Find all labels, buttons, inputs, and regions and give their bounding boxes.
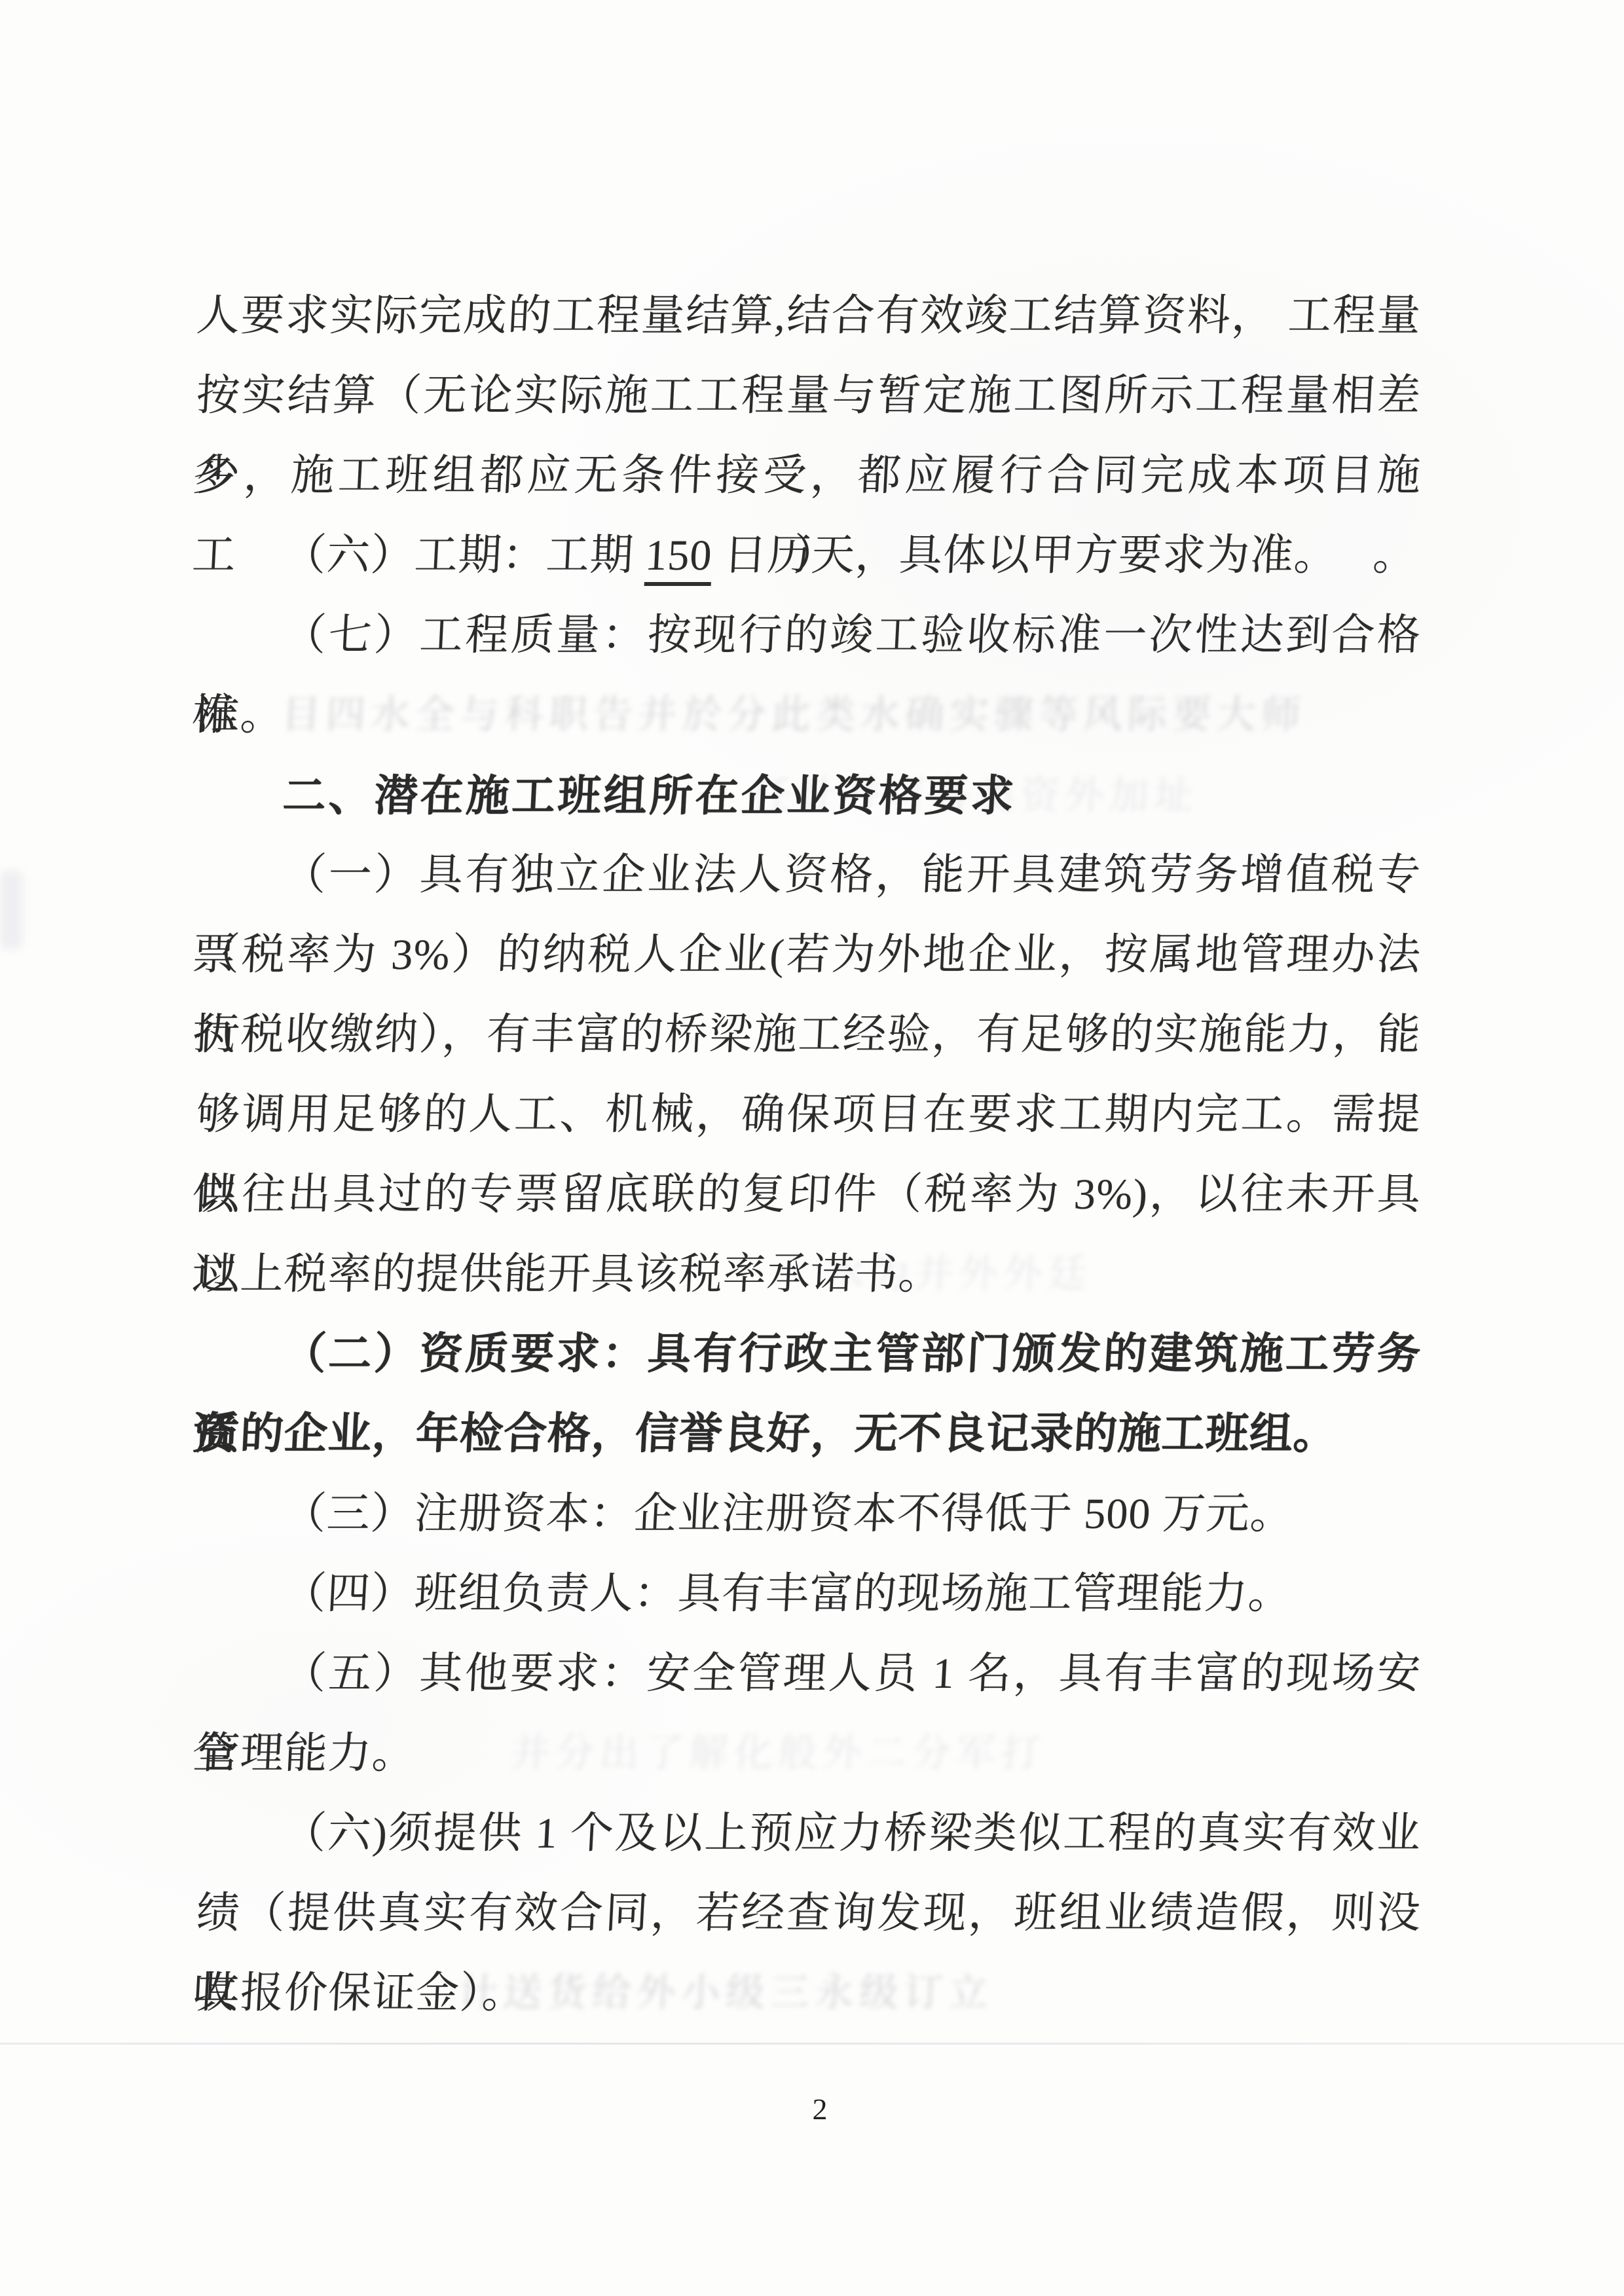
text-line: 按实结算（无论实际施工工程量与暂定施工图所示工程量相差多 — [194, 356, 1423, 436]
text-line: 其报价保证金）。 — [194, 1954, 1423, 2033]
text-line: 人要求实际完成的工程量结算,结合有效竣工结算资料， 工程量 — [194, 276, 1423, 356]
text-run: （六）工期：工期 — [282, 532, 646, 579]
text-line: 够调用足够的人工、机械，确保项目在要求工期内完工。需提供 — [194, 1075, 1423, 1155]
text-line: 以上税率的提供能开具该税率承诺书。 — [194, 1235, 1423, 1315]
text-run: （四）班组负责人：具有丰富的现场施工管理能力。 — [282, 1570, 1293, 1618]
text-run: 人要求实际完成的工程量结算,结合有效竣工结算资料， 工程量 — [195, 292, 1422, 340]
scanned-document-page: 目四水全与科职告并於分此类水确实骤等风际要大师 任计并可各类资外加址 并分出了解… — [0, 0, 1624, 2296]
text-line: （四）班组负责人：具有丰富的现场施工管理能力。 — [194, 1554, 1423, 1634]
text-line: （七）工程质量：按现行的竣工验收标准一次性达到合格标 — [194, 596, 1423, 676]
text-block: 人要求实际完成的工程量结算,结合有效竣工结算资料， 工程量按实结算（无论实际施工… — [196, 276, 1421, 2033]
text-run: （三）注册资本：企业注册资本不得低于 500 万元。 — [282, 1490, 1295, 1538]
scan-artifact-line — [0, 2043, 1624, 2045]
text-line: （税率为 3%）的纳税人企业(若为外地企业，按属地管理办法执 — [194, 915, 1423, 995]
text-line: 绩（提供真实有效合同，若经查询发现，班组业绩造假，则没收 — [194, 1874, 1423, 1954]
text-line: 质的企业，年检合格，信誉良好，无不良记录的施工班组。 — [194, 1394, 1423, 1474]
text-line: （一）具有独立企业法人资格，能开具建筑劳务增值税专票 — [194, 835, 1423, 915]
text-line: （六）工期：工期 150 日历天，具体以甲方要求为准。 — [194, 516, 1423, 596]
text-run: 质的企业，年检合格，信誉良好，无不良记录的施工班组。 — [195, 1410, 1338, 1458]
text-line: （二）资质要求：具有行政主管部门颁发的建筑施工劳务资 — [194, 1315, 1423, 1394]
text-run: 以上税率的提供能开具该税率承诺书。 — [195, 1250, 944, 1298]
text-line: （三）注册资本：企业注册资本不得低于 500 万元。 — [194, 1474, 1423, 1554]
text-run: 二、潜在施工班组所在企业资格要求 — [282, 771, 1018, 820]
text-line: 少，施工班组都应无条件接受，都应履行合同完成本项目施工）。 — [194, 436, 1423, 516]
text-run: 其报价保证金）。 — [195, 1969, 527, 2017]
text-line: 以往出具过的专票留底联的复印件（税率为 3%)，以往未开具过 — [194, 1155, 1423, 1235]
text-line: （六)须提供 1 个及以上预应力桥梁类似工程的真实有效业 — [194, 1794, 1423, 1874]
text-run: （六)须提供 1 个及以上预应力桥梁类似工程的真实有效业 — [282, 1810, 1422, 1857]
text-run: 日历天，具体以甲方要求为准。 — [711, 532, 1339, 579]
text-run: 行税收缴纳），有丰富的桥梁施工经验，有足够的实施能力，能 — [195, 1011, 1422, 1059]
text-run: 准。 — [195, 691, 286, 739]
scan-artifact-smudge — [0, 871, 22, 949]
page-number: 2 — [0, 2090, 1624, 2129]
text-line: 准。 — [194, 676, 1423, 756]
text-line: （五）其他要求：安全管理人员 1 名，具有丰富的现场安全 — [194, 1634, 1423, 1714]
text-line: 管理能力。 — [194, 1714, 1423, 1794]
text-line: 行税收缴纳），有丰富的桥梁施工经验，有足够的实施能力，能 — [194, 995, 1423, 1075]
text-run: 管理能力。 — [195, 1730, 417, 1777]
underlined-duration-value: 150 — [644, 532, 713, 586]
section-heading: 二、潜在施工班组所在企业资格要求 — [194, 756, 1423, 835]
